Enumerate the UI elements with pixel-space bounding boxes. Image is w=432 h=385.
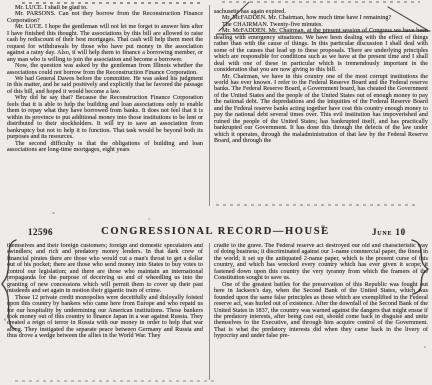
scan-speck [148,218,150,220]
paragraph: Mr. Chairman, we have in this country on… [214,74,428,145]
paragraph: themselves and their foreign customers; … [7,243,203,295]
upper-clipping: Mr. LUCE. I shall be glad to. Mr. PARSON… [7,5,428,206]
paragraph: One of the greatest battles for the pres… [214,282,428,340]
page-header: 12596 CONGRESSIONAL RECORD—HOUSE June 10 [0,224,432,239]
header-title: CONGRESSIONAL RECORD—HOUSE [53,226,372,237]
paragraph: Mr. PARSONS. Can not they borrow from th… [7,11,203,24]
paragraph: Mr. McFADDEN. Mr. Chairman, at the prese… [214,28,428,73]
lower-right-column: cradle to the grave. The Federal reserve… [214,243,428,380]
paragraph: Mr. LUCE. I hope the gentleman will not … [7,24,203,63]
paragraph: cradle to the grave. The Federal reserve… [214,243,428,282]
scan-speck [4,318,6,321]
lower-left-column: themselves and their foreign customers; … [7,243,203,380]
column-rule [209,243,210,380]
column-rule [209,5,210,206]
paragraph: Those 12 private credit monopolies were … [7,295,203,340]
scan-speck [424,346,426,348]
paragraph: Why did he say that? Because the Reconst… [7,95,203,140]
clipped-text-remnant-top-left [22,2,202,4]
header-date: June 10 [372,227,406,237]
scanned-congressional-record-page: Mr. LUCE. I shall be glad to. Mr. PARSON… [0,0,432,385]
page-number: 12596 [28,227,53,237]
scan-speck [52,212,55,214]
clipped-text-remnant-bottom [15,380,215,382]
scan-speck [321,225,325,227]
paragraph: The second difficulty is that the obliga… [7,141,203,154]
paragraph: Now, the question was asked by the gentl… [7,63,203,76]
clipped-text-remnant-top-right [222,1,420,3]
upper-left-column: Mr. LUCE. I shall be glad to. Mr. PARSON… [7,5,203,206]
paragraph: We had General Dawes before the committe… [7,76,203,95]
upper-right-column: sachusetts has again expired. Mr. McFADD… [214,5,428,206]
lower-clipping: themselves and their foreign customers; … [7,243,428,380]
